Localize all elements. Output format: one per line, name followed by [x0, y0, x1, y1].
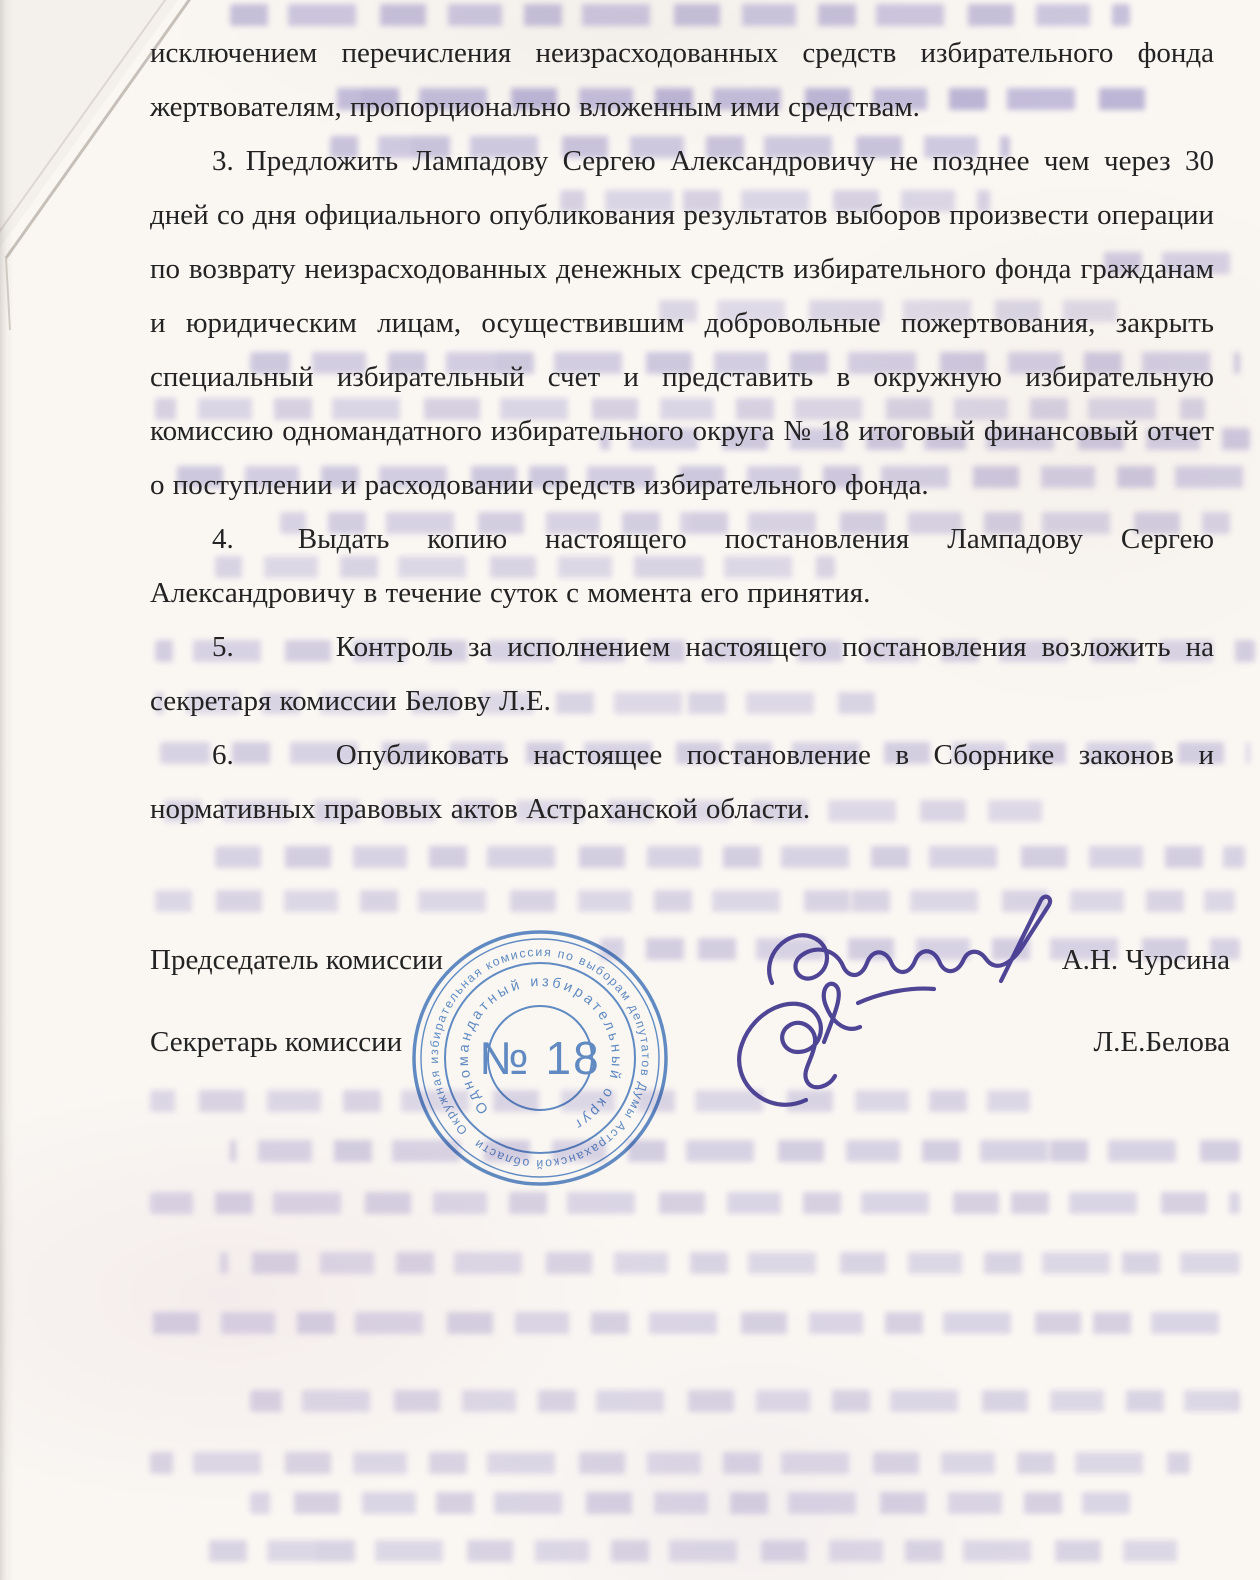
paragraph-3: 3.Предложить Лампадову Сергею Александро…: [150, 134, 1214, 512]
paragraph-6: 6.Опубликовать настоящее постановление в…: [150, 728, 1214, 836]
fold-line-tail: [6, 258, 10, 330]
commission-round-stamp: Окружная избирательная комиссия по выбор…: [405, 923, 675, 1193]
chairman-signature-row: Председатель комиссии А.Н. Чурсина: [150, 944, 1230, 977]
bleed-through-line: [220, 1252, 1240, 1274]
chairman-name: А.Н. Чурсина: [1062, 944, 1230, 977]
page-edge-shadow: [0, 0, 14, 1580]
paragraph-4-number: 4.: [212, 523, 234, 555]
bleed-through-line: [150, 1192, 1240, 1214]
document-body: исключением перечисления неизрасходованн…: [150, 26, 1214, 836]
bleed-through-line: [150, 1312, 1240, 1334]
bleed-through-line: [230, 1140, 1240, 1162]
bleed-through-line: [200, 1540, 1190, 1562]
paragraph-4-text: Выдать копию настоящего постановления Ла…: [150, 523, 1214, 609]
paragraph-5: 5.Контроль за исполнением настоящего пос…: [150, 620, 1214, 728]
stamp-number-text: № 18: [479, 1032, 600, 1084]
bleed-through-line: [215, 846, 1245, 868]
paragraph-6-number: 6.: [212, 739, 234, 771]
bleed-through-line: [155, 890, 1235, 912]
bleed-through-line: [230, 4, 1130, 26]
secretary-role-label: Секретарь комиссии: [150, 1026, 402, 1059]
paragraph-4: 4.Выдать копию настоящего постановления …: [150, 512, 1214, 620]
secretary-signature-row: Секретарь комиссии Л.Е.Белова: [150, 1026, 1230, 1059]
chairman-signature-crossbar: [858, 989, 934, 1003]
secretary-name: Л.Е.Белова: [1093, 1026, 1230, 1059]
bleed-through-line: [250, 1390, 1240, 1412]
paragraph-5-number: 5.: [212, 631, 234, 663]
fold-line-secondary: [0, 0, 168, 242]
chairman-role-label: Председатель комиссии: [150, 944, 443, 977]
paragraph-3-number: 3.: [212, 145, 234, 177]
paragraph-3-text: Предложить Лампадову Сергею Александрови…: [150, 145, 1214, 501]
paragraph-6-text: Опубликовать настоящее постановление в С…: [150, 739, 1214, 825]
scanned-document-page: исключением перечисления неизрасходованн…: [0, 0, 1260, 1580]
intro-paragraph: исключением перечисления неизрасходованн…: [150, 26, 1214, 134]
bleed-through-line: [250, 1492, 1130, 1514]
bleed-through-line: [150, 1452, 1190, 1474]
paragraph-5-text: Контроль за исполнением настоящего поста…: [150, 631, 1214, 717]
